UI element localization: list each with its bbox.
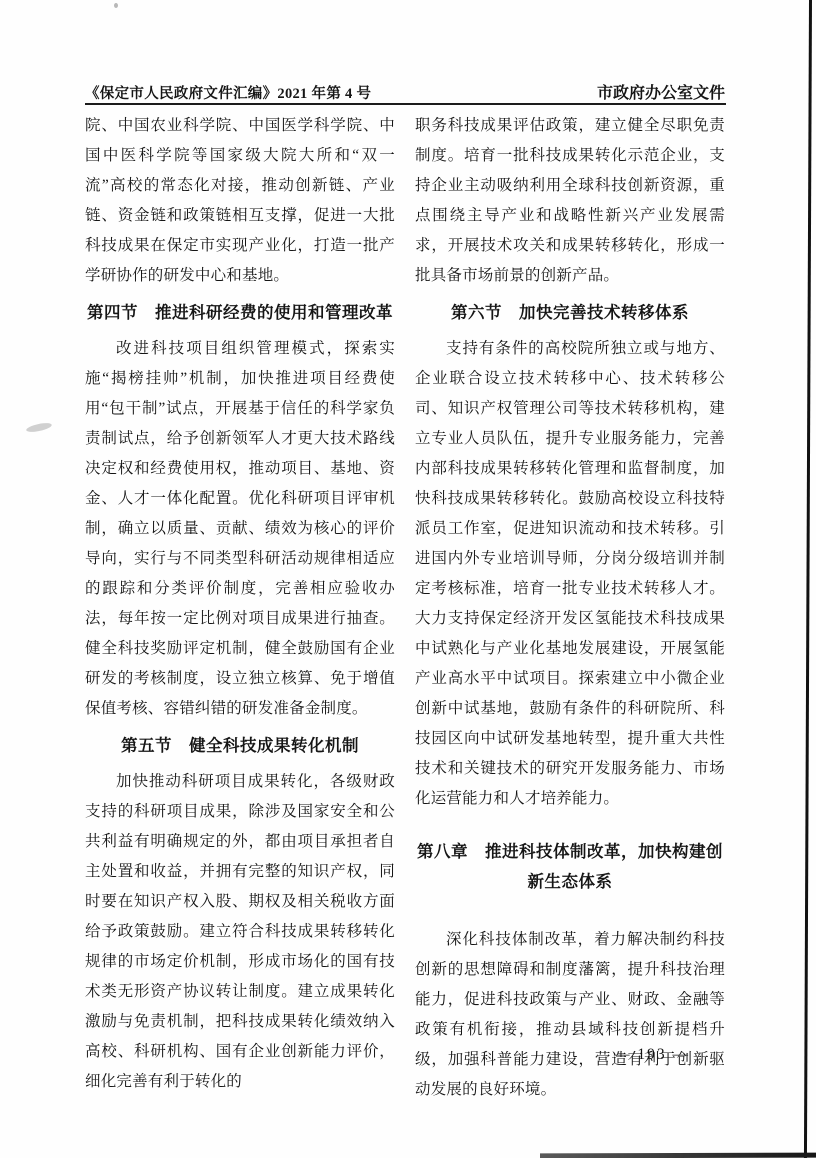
left-column: 院、中国农业科学院、中国医学科学院、中国中医科学院等国家级大院大所和“双一流”高… xyxy=(85,111,395,1105)
document-category: 市政府办公室文件 xyxy=(597,80,725,103)
section-4-paragraph: 改进科技项目组织管理模式，探索实施“揭榜挂帅”机制，加快推进项目经费使用“包干制… xyxy=(85,334,395,724)
section-5-heading: 第五节 健全科技成果转化机制 xyxy=(85,731,395,761)
section-4-heading: 第四节 推进科研经费的使用和管理改革 xyxy=(85,298,395,328)
compilation-title: 《保定市人民政府文件汇编》2021 年第 4 号 xyxy=(85,82,371,103)
chapter-8-heading: 第八章 推进科技体制改革，加快构建创新生态体系 xyxy=(415,837,725,897)
chapter-8-paragraph: 深化科技体制改革，着力解决制约科技创新的思想障碍和制度藩篱，提升科技治理能力，促… xyxy=(415,925,725,1105)
paragraph-continuation-left: 院、中国农业科学院、中国医学科学院、中国中医科学院等国家级大院大所和“双一流”高… xyxy=(85,111,395,291)
two-column-body: 院、中国农业科学院、中国医学科学院、中国中医科学院等国家级大院大所和“双一流”高… xyxy=(85,111,725,1105)
scan-edge-right xyxy=(804,0,812,1158)
section-5-paragraph: 加快推动科研项目成果转化，各级财政支持的科研项目成果，除涉及国家安全和公共利益有… xyxy=(85,767,395,1097)
right-column: 职务科技成果评估政策，建立健全尽职免责制度。培育一批科技成果转化示范企业，支持企… xyxy=(415,111,725,1105)
paper-speck xyxy=(114,3,118,8)
section-6-paragraph: 支持有条件的高校院所独立或与地方、企业联合设立技术转移中心、技术转移公司、知识产… xyxy=(415,334,725,814)
scanned-document-page: 《保定市人民政府文件汇编》2021 年第 4 号 市政府办公室文件 院、中国农业… xyxy=(0,0,816,1158)
page-header: 《保定市人民政府文件汇编》2021 年第 4 号 市政府办公室文件 xyxy=(85,80,725,103)
margin-smudge xyxy=(26,421,53,433)
scan-edge-bottom xyxy=(540,1153,816,1158)
page-number: — 193 — xyxy=(614,1046,690,1064)
header-rule xyxy=(85,103,726,105)
paragraph-continuation-right: 职务科技成果评估政策，建立健全尽职免责制度。培育一批科技成果转化示范企业，支持企… xyxy=(415,111,725,291)
section-6-heading: 第六节 加快完善技术转移体系 xyxy=(415,298,725,328)
